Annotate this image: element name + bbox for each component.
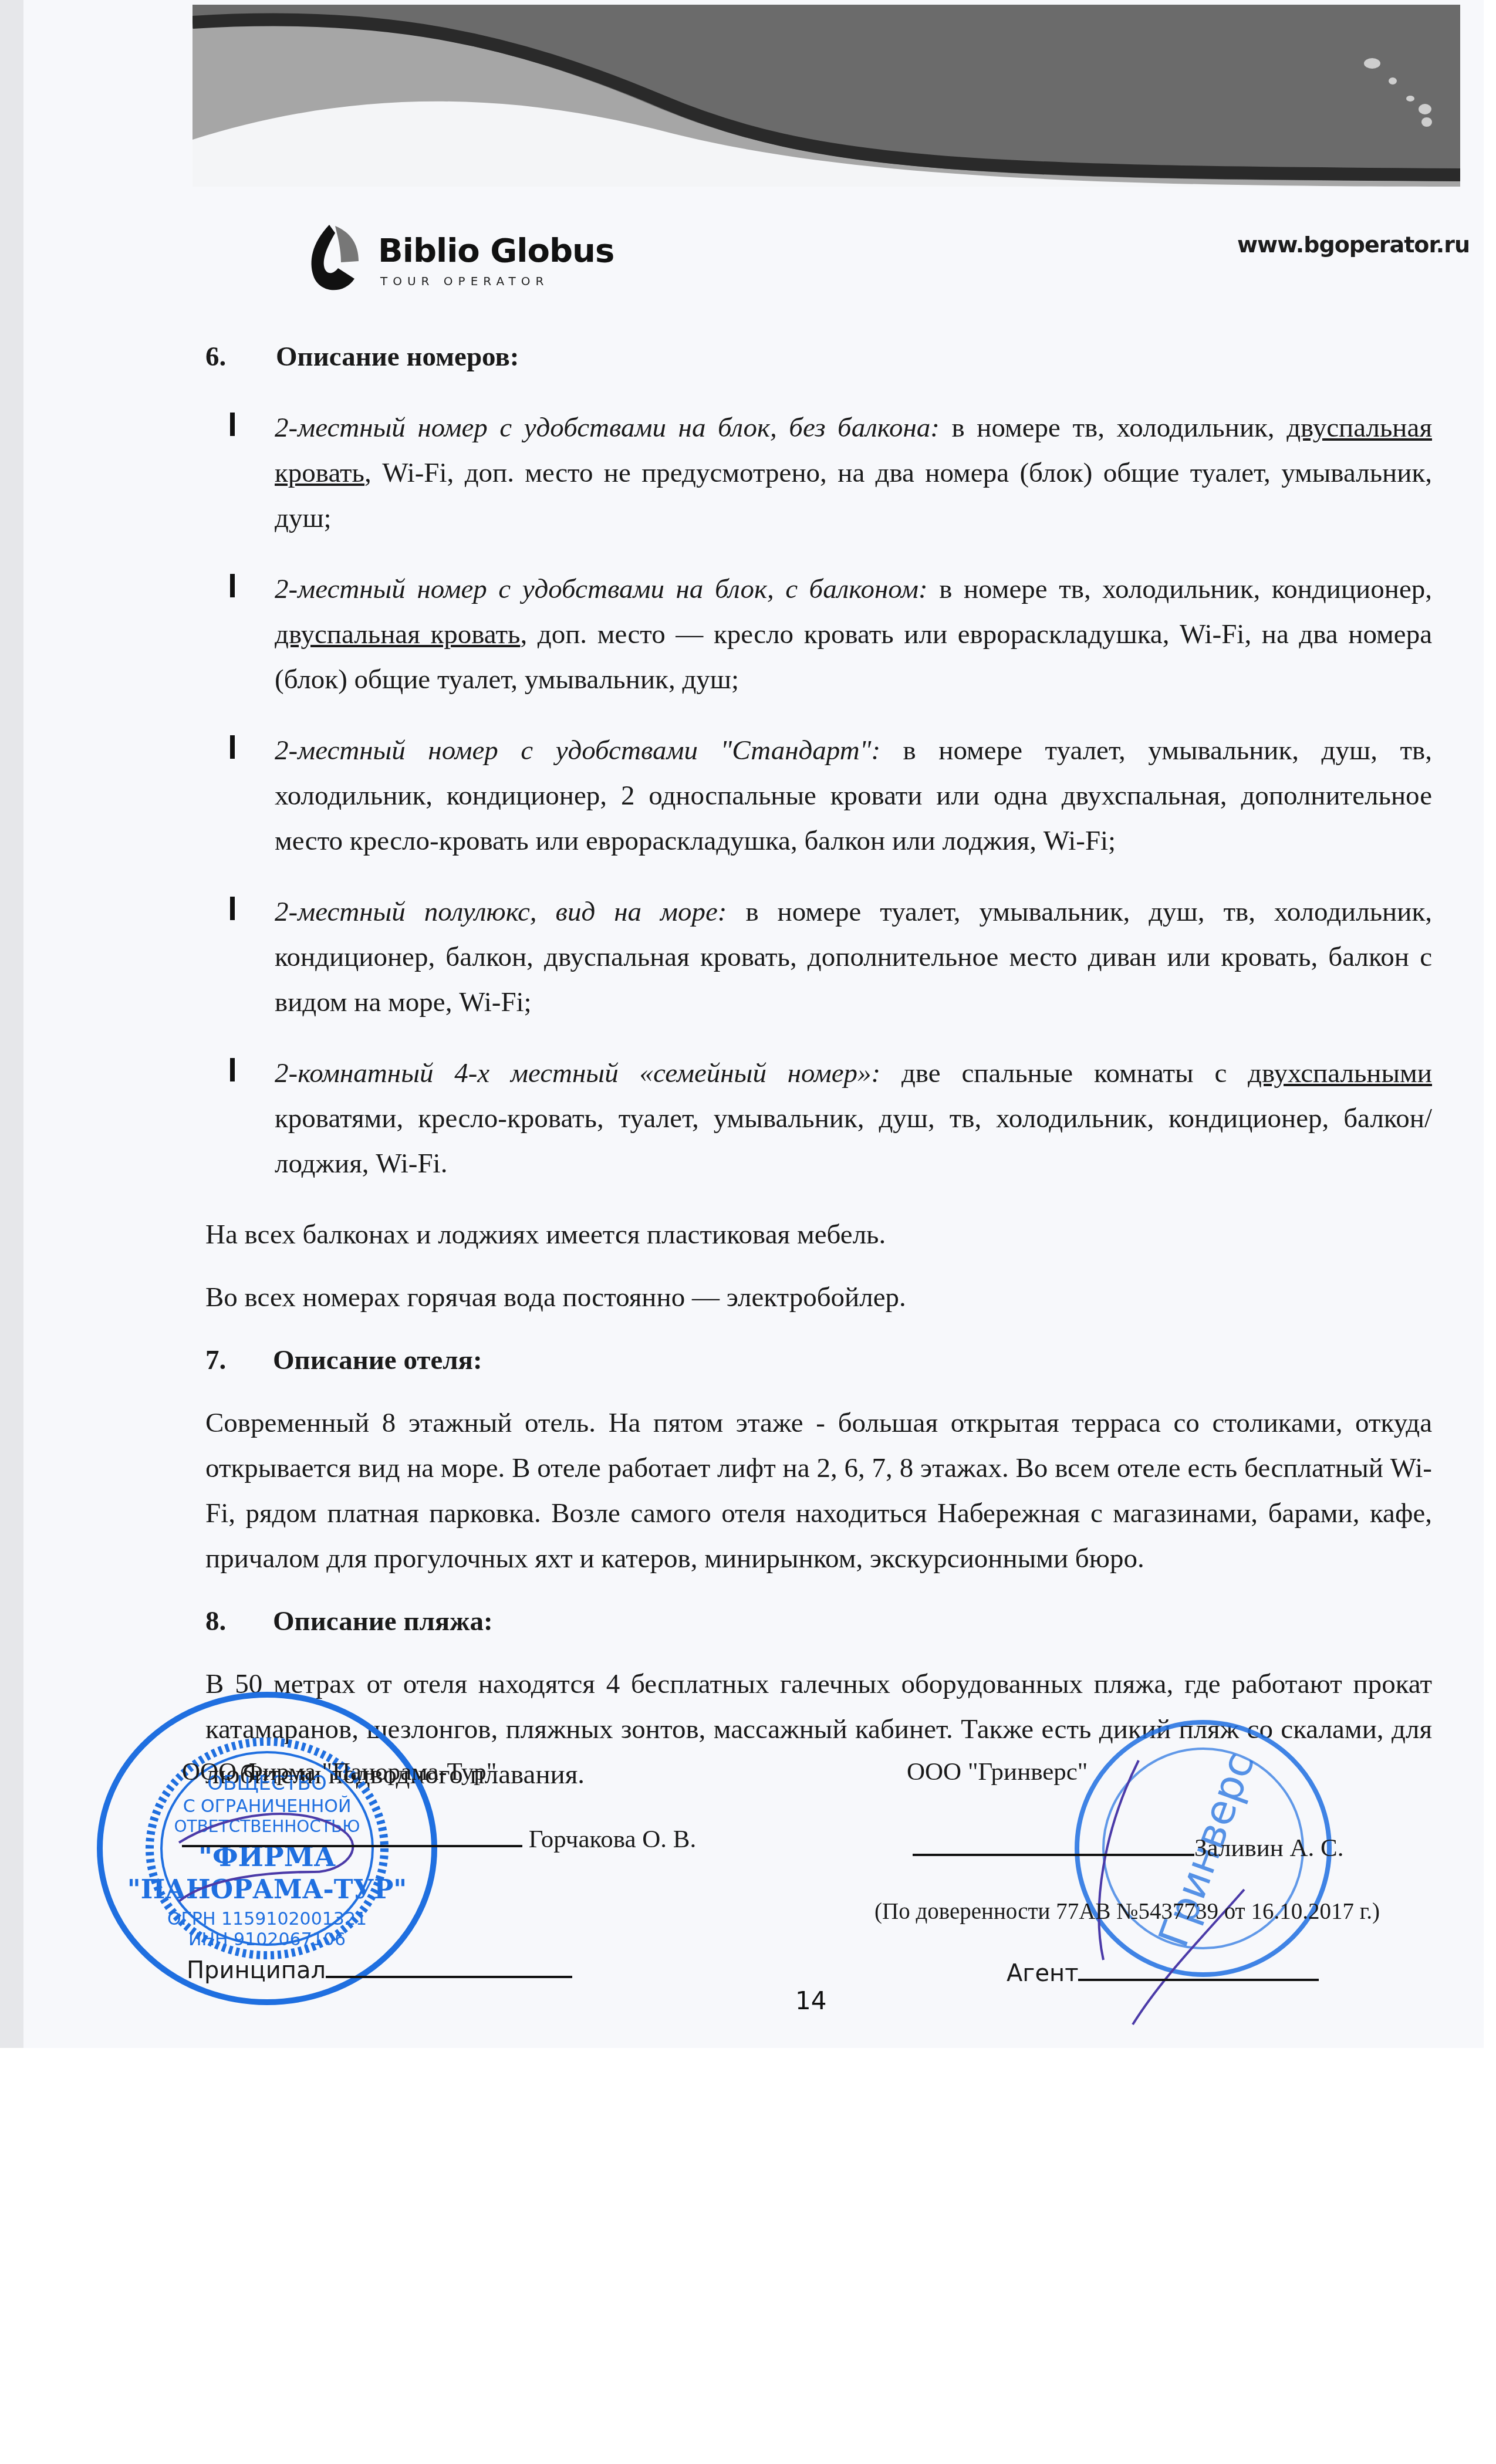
- room-name: 2-местный номер с удобствами на блок, с …: [275, 574, 928, 604]
- principal-signer-row: Горчакова О. В.: [182, 1825, 696, 1854]
- letterhead-banner: [193, 5, 1460, 187]
- biblio-globus-logo-icon: [303, 220, 367, 296]
- signature-line: [913, 1854, 1194, 1856]
- section-title: Описание отеля:: [273, 1345, 482, 1375]
- principal-role-row: Принципал: [187, 1957, 572, 1984]
- bullet-icon: [230, 574, 235, 597]
- page-number: 14: [795, 1986, 826, 2015]
- agent-role-label: Агент: [1007, 1960, 1078, 1987]
- room-list: 2-местный номер с удобствами на блок, бе…: [205, 405, 1432, 1187]
- bullet-icon: [230, 897, 235, 920]
- hotel-description: Современный 8 этажный отель. На пятом эт…: [205, 1401, 1432, 1581]
- note-balconies: На всех балконах и лоджиях имеется пласт…: [205, 1212, 1432, 1258]
- website-url: www.bgoperator.ru: [1237, 232, 1470, 258]
- brand-tagline: TOUR OPERATOR: [380, 274, 549, 288]
- room-desc: кроватями, кресло-кровать, туалет, умыва…: [275, 1103, 1432, 1179]
- room-desc-underlined: двуспальная кровать: [275, 619, 520, 650]
- room-item: 2-местный номер с удобствами на блок, с …: [205, 567, 1432, 702]
- agent-role-row: Агент: [1007, 1960, 1319, 1987]
- document-body: 6.Описание номеров: 2-местный номер с уд…: [205, 334, 1432, 1797]
- agent-company-name: ООО "Гринверс": [907, 1757, 1088, 1786]
- room-item: 2-комнатный 4-х местный «семейный номер»…: [205, 1051, 1432, 1187]
- brand-name: Biblio Globus: [378, 232, 614, 270]
- biblio-globus-logo: Biblio Globus TOUR OPERATOR: [303, 220, 655, 296]
- room-item: 2-местный номер с удобствами на блок, бе…: [205, 405, 1432, 541]
- section-title: Описание пляжа:: [273, 1606, 493, 1637]
- principal-role-label: Принципал: [187, 1957, 326, 1984]
- agent-signer-row: Заливин А. С.: [913, 1834, 1344, 1863]
- svg-text:"ПАНОРАМА-ТУР": "ПАНОРАМА-ТУР": [127, 1875, 407, 1905]
- signature-line: [326, 1976, 572, 1978]
- wave-banner-graphic: [193, 5, 1460, 187]
- scan-edge-shadow: [0, 0, 23, 2048]
- svg-text:ОГРН 1159102001321: ОГРН 1159102001321: [167, 1909, 367, 1929]
- bullet-icon: [230, 1058, 235, 1081]
- room-item: 2-местный номер с удобствами "Стандарт":…: [205, 728, 1432, 864]
- bullet-icon: [230, 413, 235, 436]
- room-desc: в номере тв, холодильник,: [940, 413, 1286, 443]
- room-desc: , Wi-Fi, доп. место не предусмотрено, на…: [275, 458, 1432, 533]
- room-name: 2-местный номер с удобствами на блок, бе…: [275, 413, 940, 443]
- bullet-icon: [230, 735, 235, 759]
- room-desc-underlined: двухспальными: [1248, 1058, 1432, 1089]
- principal-signer-name: Горчакова О. В.: [529, 1826, 696, 1853]
- agent-power-of-attorney: (По доверенности 77АВ №5437739 от 16.10.…: [874, 1898, 1380, 1925]
- section-8-heading: 8.Описание пляжа:: [205, 1599, 1432, 1644]
- section-6-heading: 6.Описание номеров:: [205, 334, 1432, 380]
- room-desc: две спальные комнаты с: [880, 1058, 1248, 1089]
- section-title: Описание номеров:: [276, 342, 519, 372]
- room-name: 2-местный полулюкс, вид на море:: [275, 897, 727, 927]
- room-item: 2-местный полулюкс, вид на море: в номер…: [205, 890, 1432, 1025]
- section-number: 6.: [205, 334, 276, 380]
- section-7-heading: 7.Описание отеля:: [205, 1338, 1432, 1383]
- section-number: 7.: [205, 1338, 273, 1383]
- note-hot-water: Во всех номерах горячая вода постоянно —…: [205, 1275, 1432, 1320]
- principal-company-name: ООО Фирма "Панорама-Тур": [182, 1757, 497, 1786]
- room-name: 2-местный номер с удобствами "Стандарт":: [275, 735, 880, 766]
- room-name: 2-комнатный 4-х местный «семейный номер»…: [275, 1058, 880, 1089]
- svg-text:ИНН 9102067106: ИНН 9102067106: [188, 1929, 346, 1950]
- signature-line: [1078, 1979, 1319, 1981]
- agent-signer-name: Заливин А. С.: [1194, 1834, 1344, 1862]
- section-number: 8.: [205, 1599, 273, 1644]
- signature-line: [182, 1845, 522, 1847]
- room-desc: в номере тв, холодильник, кондиционер,: [928, 574, 1432, 604]
